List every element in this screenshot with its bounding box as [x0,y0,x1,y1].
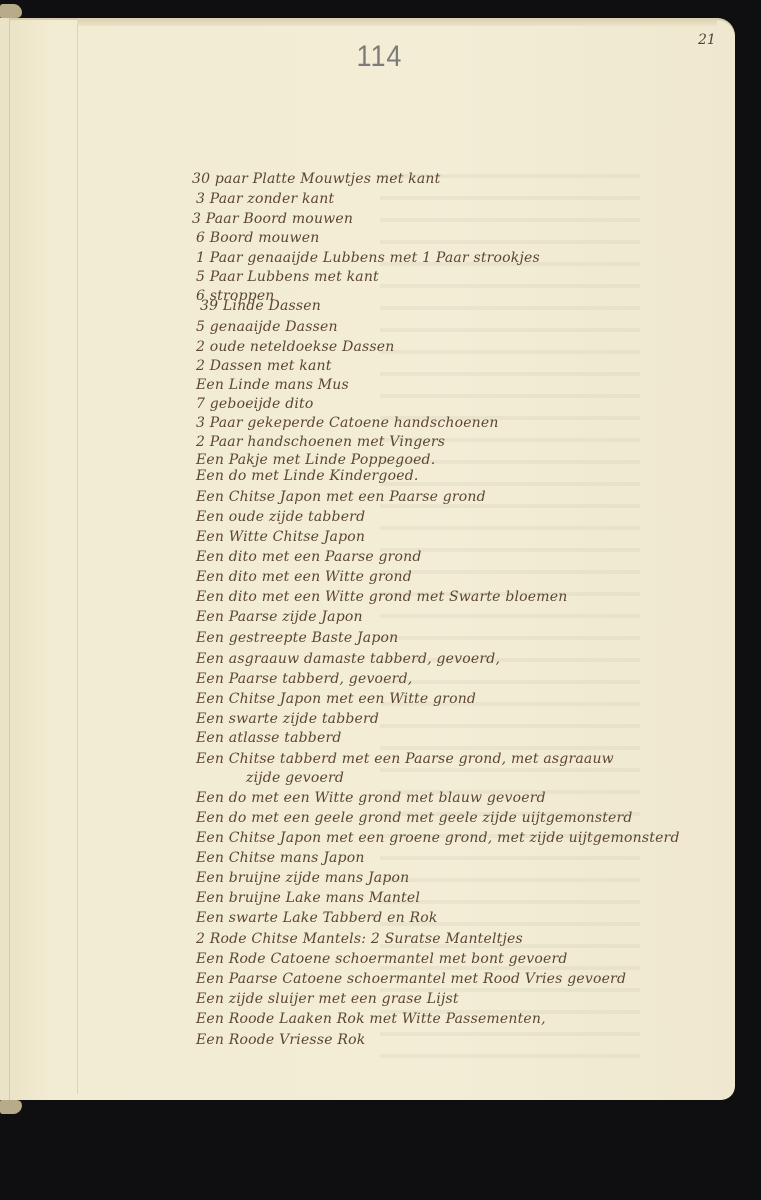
binding-fold-line [77,24,78,1094]
list-line: Een Chitse tabberd met een Paarse grond,… [196,750,614,768]
list-line: Een Paarse zijde Japon [196,608,363,626]
list-line: Een swarte Lake Tabberd en Rok [196,909,438,927]
list-line: Een dito met een Witte grond met Swarte … [196,588,567,606]
list-line: Een Chitse mans Japon [196,849,365,867]
list-line: 3 Paar gekeperde Catoene handschoenen [196,414,499,432]
list-line: Een Paarse Catoene schoermantel met Rood… [196,970,626,988]
list-line: Een oude zijde tabberd [196,508,365,526]
list-line: 39 Linde Dassen [200,297,321,315]
list-line: Een do met Linde Kindergoed. [196,467,419,485]
archive-stamp-number: 114 [357,40,403,74]
list-line: Een Roode Laaken Rok met Witte Passement… [196,1010,546,1028]
list-line: Een zijde sluijer met een grase Lijst [196,990,459,1008]
list-line: 7 geboeijde dito [196,395,314,413]
list-line: Een swarte zijde tabberd [196,710,379,728]
list-line-continuation: zijde gevoerd [246,769,344,787]
list-line: Een Rode Catoene schoermantel met bont g… [196,950,568,968]
list-line: Een asgraauw damaste tabberd, gevoerd, [196,650,500,668]
list-line: Een Chitse Japon met een groene grond, m… [196,829,680,847]
list-line: 2 Paar handschoenen met Vingers [196,433,445,451]
list-line: Een Linde mans Mus [196,376,349,394]
list-line: Een Paarse tabberd, gevoerd, [196,670,412,688]
list-line: Een dito met een Witte grond [196,568,412,586]
list-line: 2 oude neteldoekse Dassen [196,338,395,356]
list-line: 1 Paar genaaijde Lubbens met 1 Paar stro… [196,249,540,267]
binding-clip-bottom [0,1100,22,1114]
list-line: Een do met een Witte grond met blauw gev… [196,789,546,807]
list-line: Een dito met een Paarse grond [196,548,422,566]
list-line: Een do met een geele grond met geele zij… [196,809,633,827]
page-top-edge [77,18,717,26]
folio-number: 21 [698,32,716,48]
list-line: Een Chitse Japon met een Paarse grond [196,488,486,506]
binding-clip-top [0,4,22,18]
list-line: 3 Paar Boord mouwen [192,210,353,228]
list-line: 2 Rode Chitse Mantels: 2 Suratse Mantelt… [196,930,523,948]
list-line: 5 Paar Lubbens met kant [196,268,379,286]
list-line: Een Roode Vriesse Rok [196,1031,365,1049]
list-line: Een bruijne zijde mans Japon [196,869,409,887]
list-line: 5 genaaijde Dassen [196,318,338,336]
list-line: Een Chitse Japon met een Witte grond [196,690,476,708]
list-line: Een Witte Chitse Japon [196,528,365,546]
list-line: Een atlasse tabberd [196,729,342,747]
list-line: 6 Boord mouwen [196,229,319,247]
list-line: 2 Dassen met kant [196,357,332,375]
list-line: Een bruijne Lake mans Mantel [196,889,420,907]
list-line: Een gestreepte Baste Japon [196,629,398,647]
list-line: 3 Paar zonder kant [196,190,334,208]
list-line: 30 paar Platte Mouwtjes met kant [192,170,440,188]
